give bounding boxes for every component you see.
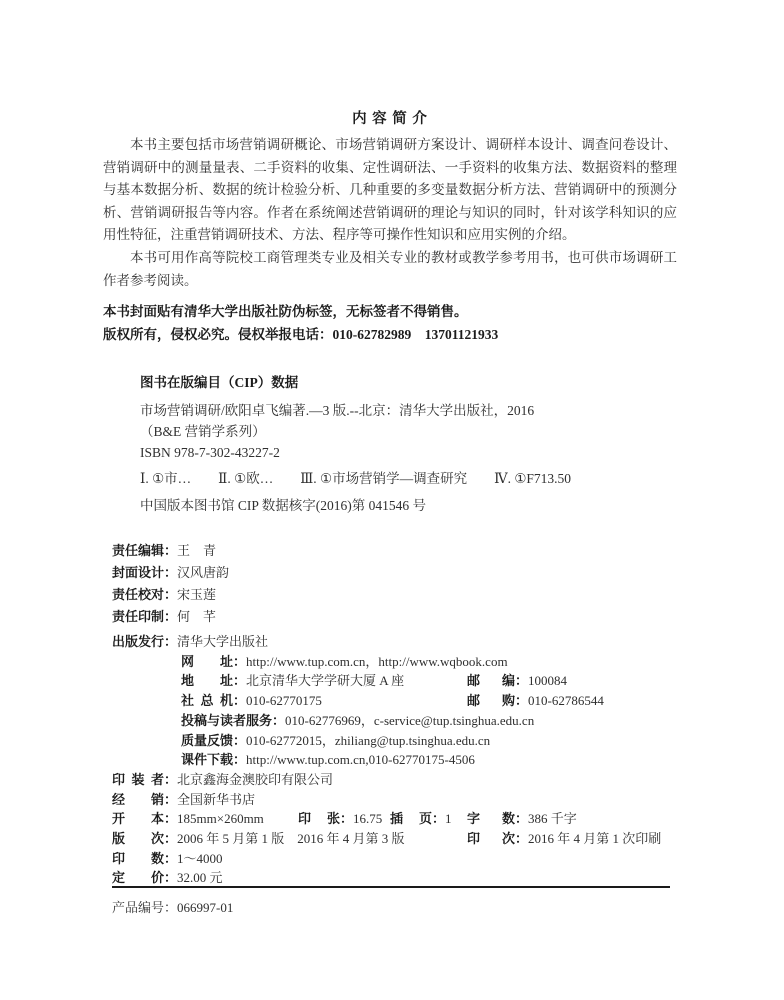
colon: ： [164,851,177,866]
row-format: 开本：185mm×260mm印张：16.75插页：1字数：386 千字 [112,809,670,829]
colon: ： [164,772,177,787]
sheet-count-label: 印张 [298,809,340,829]
colon: ： [164,609,177,624]
intro-paragraph-2: 本书可用作高等院校工商管理类专业及相关专业的教材或教学参考用书，也可供市场调研工… [103,247,677,292]
colon: ： [164,811,177,826]
colon: ： [515,831,528,846]
colon: ： [164,634,177,649]
word-count-value: 386 千字 [528,811,577,826]
credit-value: 何 芊 [177,609,216,624]
row-value: 185mm×260mm [177,811,264,826]
colon: ： [515,693,528,708]
colophon-block: 出版发行：清华大学出版社 网址：http://www.tup.com.cn，ht… [112,632,670,888]
credit-label: 责任编辑 [112,540,164,562]
colon: ： [164,900,177,915]
row-distributor: 经销：全国新华书店 [112,790,670,810]
colon: ： [164,565,177,580]
credit-row-print-supervisor: 责任印制：何 芊 [112,606,229,628]
colon: ： [164,587,177,602]
product-code-value: 066997-01 [177,900,233,915]
book-copyright-page: 内 容 简 介 本书主要包括市场营销调研概论、市场营销调研方案设计、调研样本设计… [0,0,784,1000]
product-code-line: 产品编号：066997-01 [112,897,233,916]
row-switchboard: 社总机：010-62770175邮购：010-62786544 [112,691,670,711]
cip-record-line: 中国版本图书馆 CIP 数据核字(2016)第 041546 号 [140,495,571,516]
row-label: 经销 [112,790,164,810]
intro-block: 本书主要包括市场营销调研概论、市场营销调研方案设计、调研样本设计、调查问卷设计、… [103,134,677,292]
colon: ： [164,543,177,558]
word-count-label: 字数 [467,809,515,829]
row-label: 印装者 [112,770,164,790]
row-label: 社总机 [181,691,233,711]
cip-classification-line: Ⅰ. ①市… Ⅱ. ①欧… Ⅲ. ①市场营销学—调查研究 Ⅳ. ①F713.50 [140,468,571,489]
impression-segment: 印次：2016 年 4 月第 1 次印刷 [467,829,661,849]
row-value: 010-62770175 [246,693,322,708]
row-label: 版次 [112,829,164,849]
row-label: 课件下载 [181,750,233,770]
credits-block: 责任编辑：王 青 封面设计：汉风唐韵 责任校对：宋玉莲 责任印制：何 芊 [112,540,229,628]
credit-row-editor: 责任编辑：王 青 [112,540,229,562]
row-value: 010-62776969，c-service@tup.tsinghua.edu.… [285,713,534,728]
credit-label: 封面设计 [112,562,164,584]
word-count-segment: 字数：386 千字 [467,809,577,829]
section-title: 内 容 简 介 [103,107,677,128]
postcode-label: 邮编 [467,671,515,691]
row-label: 地址 [181,671,233,691]
credit-label: 责任校对 [112,584,164,606]
row-value: 全国新华书店 [177,792,255,807]
row-website: 网址：http://www.tup.com.cn，http://www.wqbo… [112,652,670,672]
colon: ： [233,733,246,748]
row-value: http://www.tup.com.cn，http://www.wqbook.… [246,654,508,669]
credit-value: 王 青 [177,543,216,558]
insert-page-value: 1 [445,811,452,826]
row-value: 2006 年 5 月第 1 版 2016 年 4 月第 3 版 [177,831,405,846]
colon: ： [272,713,285,728]
mail-order-value: 010-62786544 [528,693,604,708]
colon: ： [515,811,528,826]
colon: ： [233,654,246,669]
row-label: 印数 [112,849,164,869]
row-label: 投稿与读者服务 [181,711,272,731]
cip-title-line: 市场营销调研/欧阳卓飞编著.—3 版.--北京：清华大学出版社，2016 [140,400,571,421]
row-value: 北京清华大学学研大厦 A 座 [246,673,404,688]
colon: ： [164,792,177,807]
sheet-count-segment: 印张：16.75 [298,809,382,829]
page-content: 内 容 简 介 本书主要包括市场营销调研概论、市场营销调研方案设计、调研样本设计… [103,0,677,1000]
row-quality-feedback: 质量反馈：010-62772015，zhiliang@tup.tsinghua.… [112,731,670,751]
row-value: 32.00 元 [177,870,223,885]
row-publisher: 出版发行：清华大学出版社 [112,632,670,652]
cip-block: 图书在版编目（CIP）数据 市场营销调研/欧阳卓飞编著.—3 版.--北京：清华… [140,372,571,516]
row-value: 清华大学出版社 [177,634,268,649]
intro-paragraph-1: 本书主要包括市场营销调研概论、市场营销调研方案设计、调研样本设计、调查问卷设计、… [103,134,677,247]
row-print-run: 印数：1～4000 [112,849,670,869]
mail-order-label: 邮购 [467,691,515,711]
credit-value: 汉风唐韵 [177,565,229,580]
colon: ： [233,673,246,688]
colon: ： [233,752,246,767]
postcode-value: 100084 [528,673,567,688]
impression-value: 2016 年 4 月第 1 次印刷 [528,831,661,846]
credit-value: 宋玉莲 [177,587,216,602]
credit-row-cover-design: 封面设计：汉风唐韵 [112,562,229,584]
row-right-segment: 邮编：100084 [467,671,567,691]
row-address: 地址：北京清华大学学研大厦 A 座邮编：100084 [112,671,670,691]
credit-row-proofreader: 责任校对：宋玉莲 [112,584,229,606]
row-label: 出版发行 [112,632,164,652]
row-right-segment: 邮购：010-62786544 [467,691,604,711]
impression-label: 印次 [467,829,515,849]
row-value: http://www.tup.com.cn,010-62770175-4506 [246,752,475,767]
sheet-count-value: 16.75 [353,811,382,826]
colon: ： [233,693,246,708]
colon: ： [432,811,445,826]
colon: ： [164,831,177,846]
row-printer: 印装者：北京鑫海金澳胶印有限公司 [112,770,670,790]
row-value: 1～4000 [177,851,223,866]
insert-page-segment: 插页：1 [390,809,452,829]
colon: ： [515,673,528,688]
credit-label: 责任印制 [112,606,164,628]
row-value: 010-62772015，zhiliang@tup.tsinghua.edu.c… [246,733,490,748]
colon: ： [164,870,177,885]
anti-fake-label-line: 本书封面贴有清华大学出版社防伪标签，无标签者不得销售。 [103,300,498,323]
row-courseware-download: 课件下载：http://www.tup.com.cn,010-62770175-… [112,750,670,770]
row-label: 开本 [112,809,164,829]
product-code-label: 产品编号 [112,900,164,915]
row-value: 北京鑫海金澳胶印有限公司 [177,772,333,787]
row-label: 质量反馈 [181,731,233,751]
row-edition: 版次：2006 年 5 月第 1 版 2016 年 4 月第 3 版印次：201… [112,829,670,849]
cip-heading: 图书在版编目（CIP）数据 [140,372,571,393]
insert-page-label: 插页 [390,809,432,829]
bottom-divider [112,886,670,888]
copyright-hotline-line: 版权所有，侵权必究。侵权举报电话：010-62782989 1370112193… [103,323,498,346]
row-label: 网址 [181,652,233,672]
row-reader-service: 投稿与读者服务：010-62776969，c-service@tup.tsing… [112,711,670,731]
colon: ： [340,811,353,826]
cip-series-line: （B&E 营销学系列） [140,421,571,442]
cip-isbn-line: ISBN 978-7-302-43227-2 [140,442,571,463]
anti-piracy-notice: 本书封面贴有清华大学出版社防伪标签，无标签者不得销售。 版权所有，侵权必究。侵权… [103,300,498,346]
